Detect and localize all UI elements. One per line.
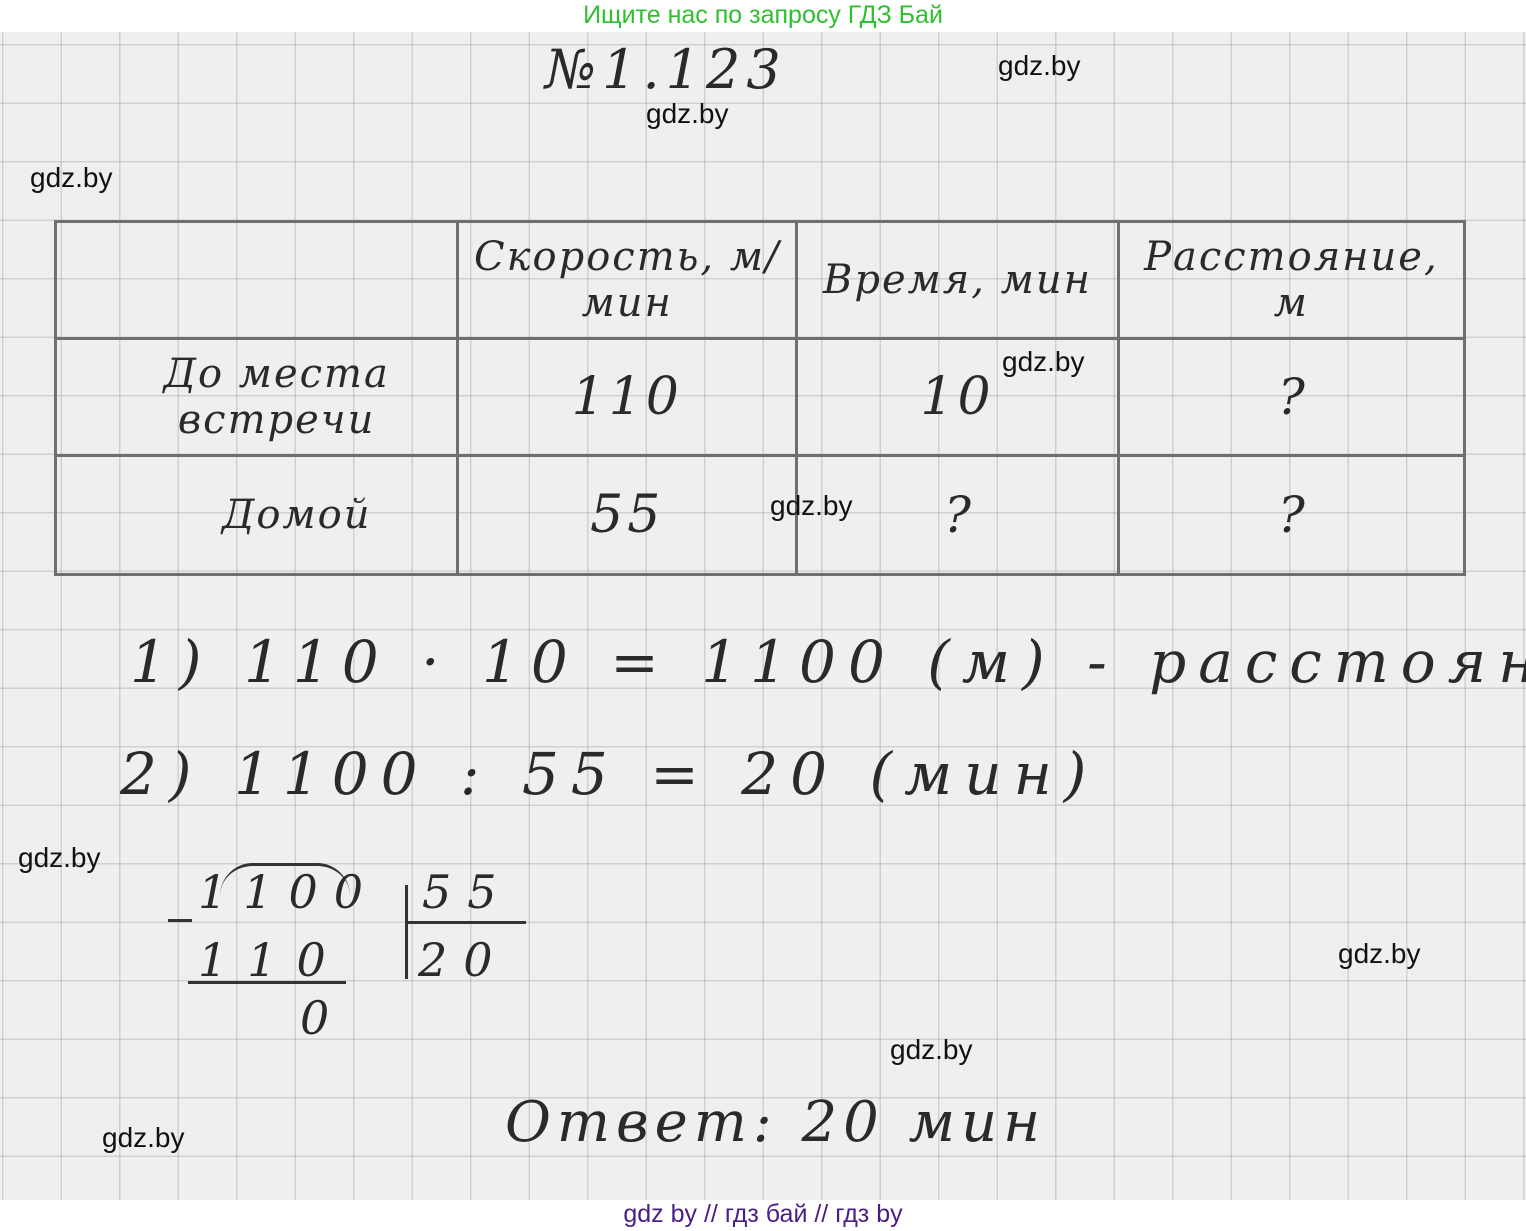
watermark: gdz.by [890,1034,973,1066]
subtraction-line [188,981,346,984]
table-header-speed: Скорость, м/мин [458,222,797,339]
watermark: gdz.by [998,50,1081,82]
table-header-row: Скорость, м/мин Время, мин Расстояние, м [56,222,1465,339]
watermark: gdz.by [102,1122,185,1154]
table-row: Домой 55 ? ? [56,455,1465,574]
data-table: Скорость, м/мин Время, мин Расстояние, м… [54,220,1466,576]
row-label: Домой [56,455,458,574]
long-division: 1100 55 20 110 0 [160,855,560,1055]
cell-distance: ? [1118,455,1464,574]
division-vertical-bar [405,885,408,979]
watermark: gdz.by [646,98,729,130]
bottom-banner: gdz by // гдз бай // гдз by [0,1200,1526,1231]
problem-title: №1.123 [545,38,787,101]
solution-step-2: 2) 1100 : 55 = 20 (мин) [120,740,1098,808]
watermark: gdz.by [1002,346,1085,378]
row-label: До места встречи [56,338,458,455]
table-row: До места встречи 110 10 ? [56,338,1465,455]
dividend: 1100 [198,865,379,919]
quotient: 20 [418,933,509,987]
remainder: 0 [300,991,345,1045]
cell-distance: ? [1118,338,1464,455]
divisor: 55 [422,865,513,919]
watermark: gdz.by [18,842,101,874]
table-header-distance: Расстояние, м [1118,222,1464,339]
table-header-time: Время, мин [797,222,1119,339]
solution-step-1: 1) 110 · 10 = 1100 (м) - расстояние [130,628,1526,696]
table-header-empty [56,222,458,339]
division-horizontal-bar [408,921,526,924]
answer: Ответ: 20 мин [505,1090,1046,1155]
subtrahend: 110 [198,933,346,987]
watermark: gdz.by [30,162,113,194]
cell-speed: 110 [458,338,797,455]
watermark: gdz.by [770,490,853,522]
minus-sign [168,919,192,922]
cell-speed: 55 [458,455,797,574]
watermark: gdz.by [1338,938,1421,970]
top-banner: Ищите нас по запросу ГДЗ Бай [0,0,1526,32]
